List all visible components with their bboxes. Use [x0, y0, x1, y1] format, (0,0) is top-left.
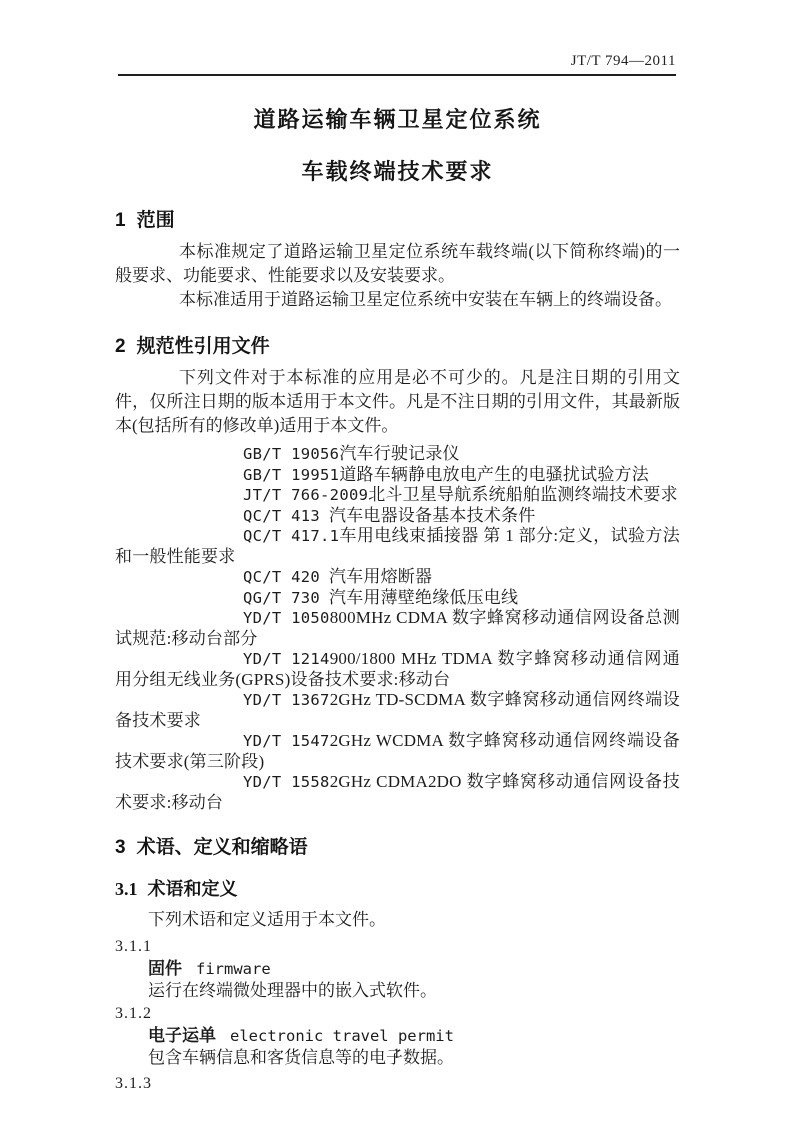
section-3-1-title: 术语和定义	[148, 879, 238, 899]
reference-row: YD/T 15472GHz WCDMA 数字蜂窝移动通信网终端设备技术要求(第三…	[115, 731, 680, 772]
section-3-1-heading: 3.1术语和定义	[115, 875, 680, 901]
term-zh: 固件	[148, 959, 182, 978]
reference-code: YD/T 1050	[179, 608, 330, 629]
reference-title: 汽车电器设备基本技术条件	[329, 506, 535, 525]
term-number: 3.1.3	[115, 1073, 680, 1095]
term-number: 3.1.1	[115, 936, 680, 958]
reference-row: GB/T 19056汽车行驶记录仪	[115, 444, 680, 465]
reference-title: 北斗卫星导航系统船舶监测终端技术要求	[368, 485, 678, 504]
section-2-intro: 下列文件对于本标准的应用是必不可少的。凡是注日期的引用文件，仅所注日期的版本适用…	[115, 366, 680, 438]
section-2-number: 2	[115, 336, 126, 357]
reference-code: QC/T 420	[179, 567, 329, 588]
section-1-heading: 1范围	[115, 205, 680, 232]
reference-row: YD/T 15582GHz CDMA2DO 数字蜂窝移动通信网设备技术要求:移动…	[115, 772, 680, 813]
page-number: 1	[393, 1046, 401, 1062]
reference-code: QC/T 417.1	[179, 526, 339, 547]
section-1-number: 1	[115, 210, 126, 231]
term-en: firmware	[196, 960, 271, 978]
section-3-1-number: 3.1	[115, 879, 138, 899]
reference-row: YD/T 1050800MHz CDMA 数字蜂窝移动通信网设备总测试规范:移动…	[115, 608, 680, 649]
reference-list: GB/T 19056汽车行驶记录仪 GB/T 19951道路车辆静电放电产生的电…	[115, 444, 680, 813]
term-number: 3.1.2	[115, 1003, 680, 1025]
terms-list: 3.1.1 固件firmware 运行在终端微处理器中的嵌入式软件。 3.1.2…	[115, 936, 680, 1095]
reference-code: YD/T 1558	[179, 772, 330, 793]
section-1-paragraph-2: 本标准适用于道路运输卫星定位系统中安装在车辆上的终端设备。	[115, 288, 680, 312]
reference-title: 汽车用薄壁绝缘低压电线	[329, 588, 518, 607]
reference-title: 道路车辆静电放电产生的电骚扰试验方法	[339, 465, 649, 484]
reference-row: QC/T 420汽车用熔断器	[115, 567, 680, 588]
page-content: 道路运输车辆卫星定位系统 车载终端技术要求 1范围 本标准规定了道路运输卫星定位…	[115, 103, 680, 1095]
section-1-title: 范围	[137, 210, 175, 231]
doc-title-line2: 车载终端技术要求	[115, 155, 680, 186]
reference-row: YD/T 13672GHz TD-SCDMA 数字蜂窝移动通信网终端设备技术要求	[115, 690, 680, 731]
section-3-number: 3	[115, 837, 126, 858]
reference-code: YD/T 1214	[179, 649, 330, 670]
term-title: 固件firmware	[115, 958, 680, 980]
reference-title: 汽车行驶记录仪	[339, 444, 459, 463]
section-2-heading: 2规范性引用文件	[115, 331, 680, 358]
reference-row: YD/T 1214900/1800 MHz TDMA 数字蜂窝移动通信网通用分组…	[115, 649, 680, 690]
reference-code: YD/T 1547	[179, 731, 330, 752]
term-definition: 运行在终端微处理器中的嵌入式软件。	[115, 980, 680, 1002]
reference-code: QC/T 413	[179, 506, 329, 527]
page-footer: 1	[0, 1043, 793, 1063]
reference-code: GB/T 19056	[179, 444, 339, 465]
reference-row: JT/T 766-2009北斗卫星导航系统船舶监测终端技术要求	[115, 485, 680, 506]
section-3-1-intro: 下列术语和定义适用于本文件。	[115, 908, 680, 932]
reference-code: GB/T 19951	[179, 465, 339, 486]
section-1-paragraph-1: 本标准规定了道路运输卫星定位系统车载终端(以下简称终端)的一般要求、功能要求、性…	[115, 240, 680, 288]
page-header: JT/T 794—2011	[118, 50, 676, 76]
reference-title: 汽车用熔断器	[329, 567, 432, 586]
reference-row: GB/T 19951道路车辆静电放电产生的电骚扰试验方法	[115, 465, 680, 486]
reference-code: JT/T 766-2009	[179, 485, 368, 506]
section-2-title: 规范性引用文件	[137, 336, 270, 357]
reference-code: YD/T 1367	[179, 690, 330, 711]
doc-title-line1: 道路运输车辆卫星定位系统	[115, 103, 680, 134]
reference-row: QG/T 730汽车用薄壁绝缘低压电线	[115, 588, 680, 609]
reference-code: QG/T 730	[179, 588, 329, 609]
reference-row: QC/T 413汽车电器设备基本技术条件	[115, 506, 680, 527]
document-page: { "header": { "standard_code": "JT/T 794…	[0, 0, 793, 1123]
standard-code-text: JT/T 794—2011	[571, 53, 676, 69]
section-3-title: 术语、定义和缩略语	[137, 837, 308, 858]
section-3-heading: 3术语、定义和缩略语	[115, 832, 680, 859]
reference-row: QC/T 417.1车用电线束插接器 第 1 部分:定义，试验方法和一般性能要求	[115, 526, 680, 567]
